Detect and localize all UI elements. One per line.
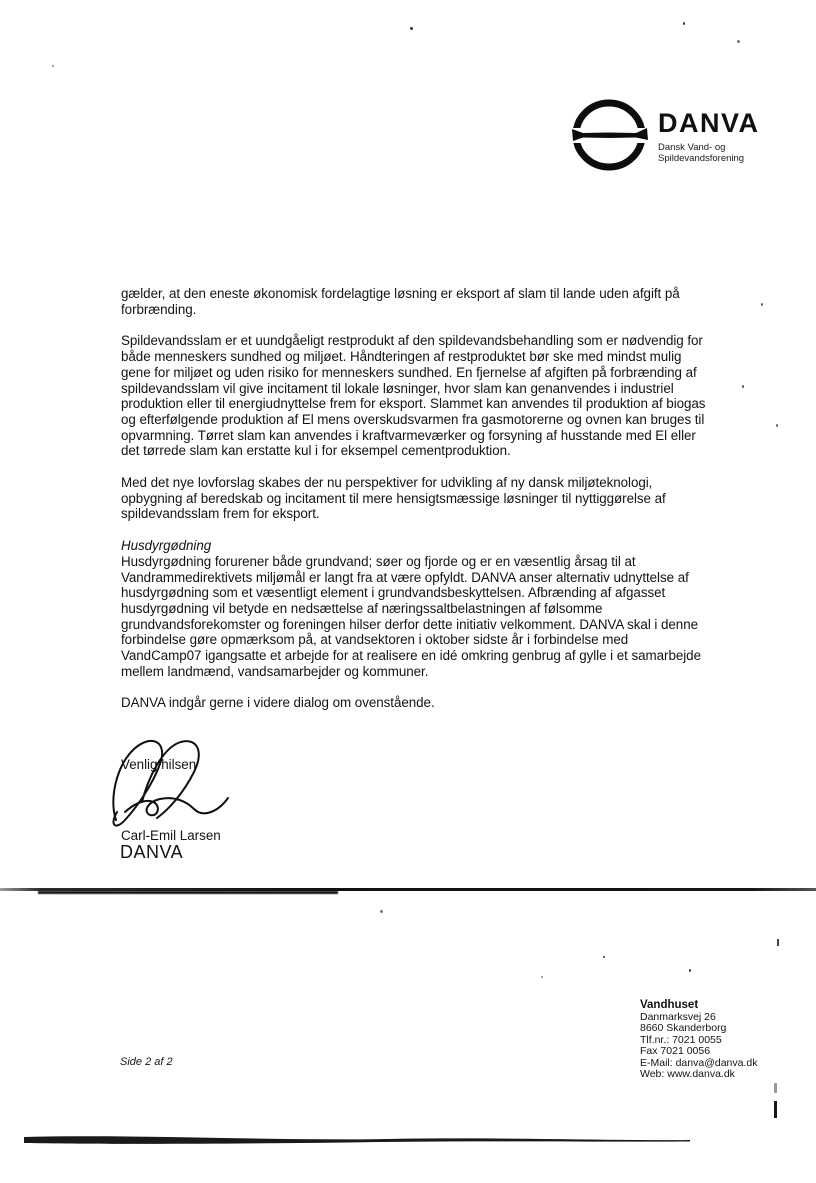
scan-dash [777,939,779,946]
section-heading-husdyrgoedning: Husdyrgødning [121,538,709,554]
paragraph-export-levy: gælder, at den eneste økonomisk fordelag… [121,286,709,317]
danva-circle-bar-icon [570,98,650,174]
scan-speck [541,976,543,978]
scanned-letter-page: DANVA Dansk Vand- og Spildevandsforening… [0,0,816,1183]
logo-subtitle-line1: Dansk Vand- og [658,142,760,153]
signer-name: Carl-Emil Larsen [121,828,221,843]
signer-organization: DANVA [120,842,183,863]
paragraph-lovforslag: Med det nye lovforslag skabes der nu per… [121,475,709,522]
scan-speck [737,40,740,43]
scan-speck [683,22,685,25]
scan-speck [689,969,691,972]
scan-speck [52,65,54,67]
paragraph-closing: DANVA indgår gerne i videre dialog om ov… [121,695,709,711]
scan-speck [761,303,763,306]
scan-speck [603,956,605,958]
danva-logo: DANVA Dansk Vand- og Spildevandsforening [570,98,760,174]
scan-speck [776,424,778,427]
logo-title: DANVA [658,110,760,137]
scan-dash [774,1101,777,1118]
scan-speck [742,385,744,388]
page-number-label: Side 2 af 2 [120,1056,173,1068]
handwritten-signature [108,738,253,838]
footer-fax: Fax 7021 0056 [640,1046,757,1057]
bottom-scan-line [18,1134,708,1148]
logo-subtitle-line2: Spildevandsforening [658,153,760,164]
scan-speck [380,910,383,913]
divider-smudge [38,891,338,894]
scan-dash [774,1083,777,1093]
letter-body: gælder, at den eneste økonomisk fordelag… [121,286,709,727]
paragraph-sludge: Spildevandsslam er et uundgåeligt restpr… [121,333,709,459]
footer-address-block: Vandhuset Danmarksvej 26 8660 Skanderbor… [640,999,757,1080]
footer-web: Web: www.danva.dk [640,1069,757,1080]
paragraph-husdyrgoedning: Husdyrgødning forurener både grundvand; … [121,554,709,680]
scan-speck [410,27,413,30]
